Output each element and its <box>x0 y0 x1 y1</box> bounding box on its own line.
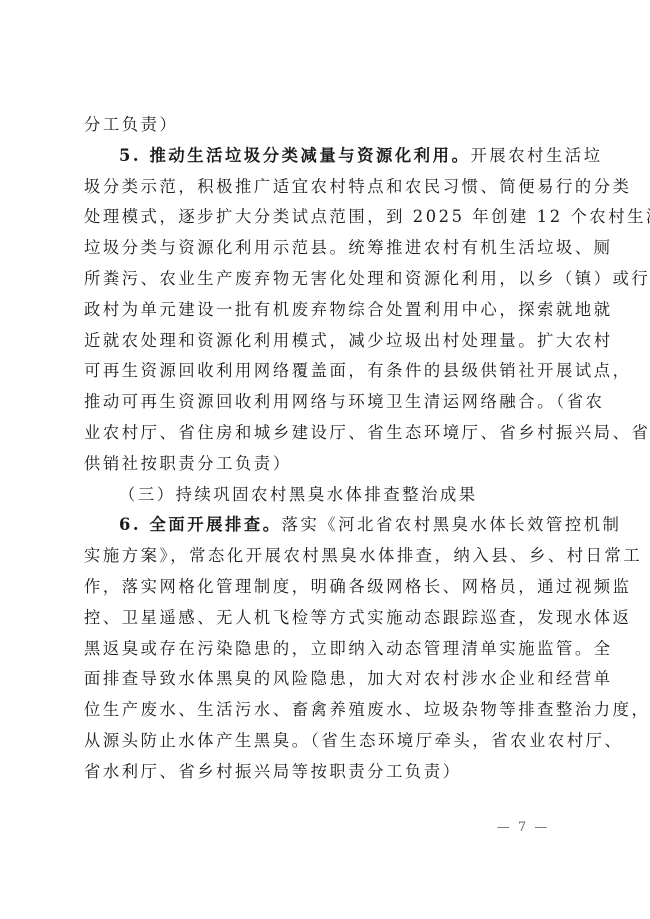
page-number: — 7 — <box>488 820 558 835</box>
text-line: 位生产废水、生活污水、畜禽养殖废水、垃圾杂物等排查整治力度， <box>84 695 568 726</box>
text-line: 可再生资源回收利用网络覆盖面，有条件的县级供销社开展试点， <box>84 356 568 387</box>
text-line: 近就农处理和资源化利用模式，减少垃圾出村处理量。扩大农村 <box>84 326 568 357</box>
text-line: 作，落实网格化管理制度，明确各级网格长、网格员，通过视频监 <box>84 572 568 603</box>
text-fragment: 开展农村生活垃 <box>470 146 602 165</box>
text-line: 业农村厅、省住房和城乡建设厅、省生态环境厅、省乡村振兴局、省 <box>84 418 568 449</box>
text-line: 处理模式，逐步扩大分类试点范围，到 2025 年创建 12 个农村生活 <box>84 202 568 233</box>
item-6-first-line: 6. 全面开展排查。落实《河北省农村黑臭水体长效管控机制 <box>84 510 568 541</box>
text-line: 所粪污、农业生产废弃物无害化处理和资源化利用，以乡（镇）或行 <box>84 264 568 295</box>
text-line: 控、卫星遥感、无人机飞检等方式实施动态跟踪巡查，发现水体返 <box>84 603 568 634</box>
item-5-heading: 5. 推动生活垃圾分类减量与资源化利用。 <box>119 146 470 165</box>
text-line: 省水利厅、省乡村振兴局等按职责分工负责） <box>84 757 568 788</box>
text-line: 面排查导致水体黑臭的风险隐患，加大对农村涉水企业和经营单 <box>84 664 568 695</box>
document-page: 分工负责） 5. 推动生活垃圾分类减量与资源化利用。开展农村生活垃 圾分类示范，… <box>0 0 650 919</box>
text-fragment: 落实《河北省农村黑臭水体长效管控机制 <box>282 515 622 534</box>
text-line: 圾分类示范，积极推广适宜农村特点和农民习惯、简便易行的分类 <box>84 172 568 203</box>
text-line: 从源头防止水体产生黑臭。（省生态环境厅牵头，省农业农村厅、 <box>84 726 568 757</box>
text-line: 垃圾分类与资源化利用示范县。统筹推进农村有机生活垃圾、厕 <box>84 233 568 264</box>
text-line: 黑返臭或存在污染隐患的，立即纳入动态管理清单实施监管。全 <box>84 634 568 665</box>
text-line: 分工负责） <box>84 110 568 141</box>
item-6-heading: 6. 全面开展排查。 <box>119 515 282 534</box>
item-5-first-line: 5. 推动生活垃圾分类减量与资源化利用。开展农村生活垃 <box>84 141 568 172</box>
text-line: 实施方案》，常态化开展农村黑臭水体排查，纳入县、乡、村日常工 <box>84 541 568 572</box>
text-line: 供销社按职责分工负责） <box>84 449 568 480</box>
document-body: 分工负责） 5. 推动生活垃圾分类减量与资源化利用。开展农村生活垃 圾分类示范，… <box>84 110 568 788</box>
text-line: 推动可再生资源回收利用网络与环境卫生清运网络融合。（省农 <box>84 387 568 418</box>
text-line: 政村为单元建设一批有机废弃物综合处置利用中心，探索就地就 <box>84 295 568 326</box>
section-heading-3: （三）持续巩固农村黑臭水体排查整治成果 <box>84 480 568 511</box>
